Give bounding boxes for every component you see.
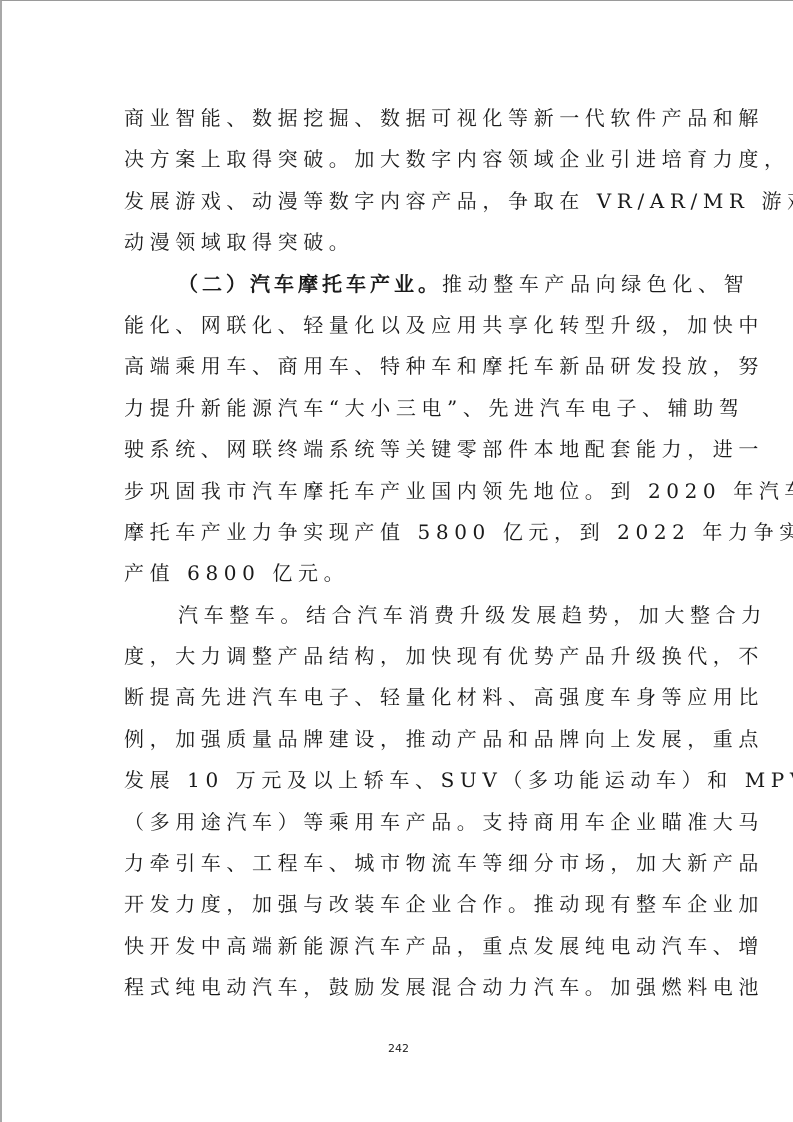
paragraph-software-breakthrough: 商业智能、数据挖掘、数据可视化等新一代软件产品和解 决方案上取得突破。加大数字内… xyxy=(124,98,676,264)
text-line: （二）汽车摩托车产业。推动整车产品向绿色化、智 xyxy=(124,264,676,305)
section-heading: （二）汽车摩托车产业。 xyxy=(178,272,442,296)
document-page: 商业智能、数据挖掘、数据可视化等新一代软件产品和解 决方案上取得突破。加大数字内… xyxy=(0,0,793,1122)
text-line-rest: 推动整车产品向绿色化、智 xyxy=(442,272,749,296)
text-line: 产值 6800 亿元。 xyxy=(124,553,676,594)
paragraph-auto-motorcycle-industry: （二）汽车摩托车产业。推动整车产品向绿色化、智 能化、网联化、轻量化以及应用共享… xyxy=(124,264,676,595)
text-line: 能化、网联化、轻量化以及应用共享化转型升级，加快中 xyxy=(124,305,676,346)
text-line: 驶系统、网联终端系统等关键零部件本地配套能力，进一 xyxy=(124,429,676,470)
text-line: 开发力度，加强与改装车企业合作。推动现有整车企业加 xyxy=(124,884,676,925)
text-line: 商业智能、数据挖掘、数据可视化等新一代软件产品和解 xyxy=(124,98,676,139)
body-text: 商业智能、数据挖掘、数据可视化等新一代软件产品和解 决方案上取得突破。加大数字内… xyxy=(124,98,676,1009)
text-line: 摩托车产业力争实现产值 5800 亿元，到 2022 年力争实现 xyxy=(124,512,676,553)
text-line: 动漫领域取得突破。 xyxy=(124,222,676,263)
text-line: 度，大力调整产品结构，加快现有优势产品升级换代，不 xyxy=(124,636,676,677)
text-line: （多用途汽车）等乘用车产品。支持商用车企业瞄准大马 xyxy=(124,802,676,843)
text-line: 发展 10 万元及以上轿车、SUV（多功能运动车）和 MPV xyxy=(124,760,676,801)
text-line: 力提升新能源汽车“大小三电”、先进汽车电子、辅助驾 xyxy=(124,388,676,429)
text-line: 断提高先进汽车电子、轻量化材料、高强度车身等应用比 xyxy=(124,677,676,718)
text-line: 快开发中高端新能源汽车产品，重点发展纯电动汽车、增 xyxy=(124,926,676,967)
text-line: 汽车整车。结合汽车消费升级发展趋势，加大整合力 xyxy=(124,595,676,636)
text-line: 程式纯电动汽车，鼓励发展混合动力汽车。加强燃料电池 xyxy=(124,967,676,1008)
text-line: 高端乘用车、商用车、特种车和摩托车新品研发投放，努 xyxy=(124,346,676,387)
paragraph-complete-vehicles: 汽车整车。结合汽车消费升级发展趋势，加大整合力 度，大力调整产品结构，加快现有优… xyxy=(124,595,676,1009)
text-line: 力牵引车、工程车、城市物流车等细分市场，加大新产品 xyxy=(124,843,676,884)
page-number: 242 xyxy=(2,1042,793,1055)
text-line: 决方案上取得突破。加大数字内容领域企业引进培育力度， xyxy=(124,139,676,180)
text-line: 发展游戏、动漫等数字内容产品，争取在 VR/AR/MR 游戏 xyxy=(124,181,676,222)
text-line: 步巩固我市汽车摩托车产业国内领先地位。到 2020 年汽车 xyxy=(124,471,676,512)
text-line: 例，加强质量品牌建设，推动产品和品牌向上发展，重点 xyxy=(124,719,676,760)
